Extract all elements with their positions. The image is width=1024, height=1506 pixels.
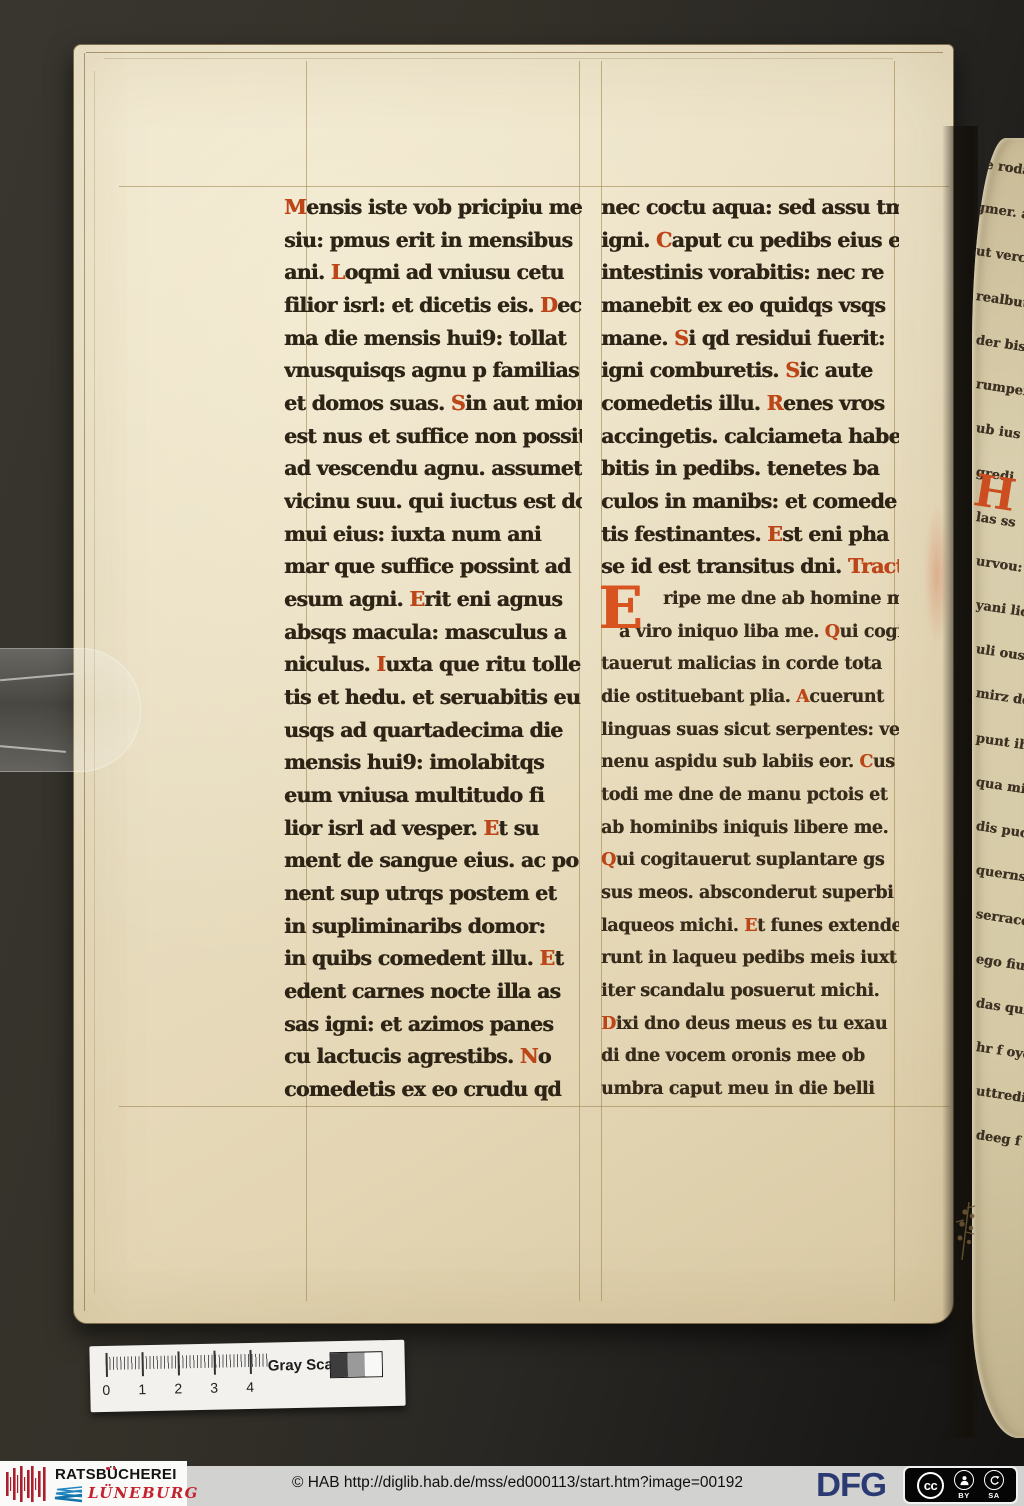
ruler-number: 0	[99, 1382, 113, 1398]
facing-text-fragment: der bisuas	[975, 333, 1024, 364]
sprig-doodle	[948, 1198, 988, 1268]
manuscript-line: runt in laqueu pedibs meis iuxt	[601, 942, 899, 975]
manuscript-line: comedetis ex eo crudu qd	[284, 1073, 582, 1106]
manuscript-line: in supliminaribs domor:	[284, 910, 582, 943]
facing-text-fragment: rumpeinas	[975, 377, 1024, 408]
umlaut-dot	[113, 1467, 117, 1471]
by-person-icon	[954, 1470, 974, 1490]
text-column-left: Mensis iste vob pricipiu mesiu: pmus eri…	[284, 191, 582, 1106]
page-edge-line	[104, 58, 893, 59]
sa-arrow-icon	[984, 1470, 1004, 1490]
library-city: LÜNEBURG	[88, 1484, 199, 1502]
manuscript-line: nec coctu aqua: sed assu tm	[601, 191, 899, 224]
facing-text-fragment: das qui t	[975, 996, 1024, 1027]
facing-text-fragment: urvou: ult	[975, 554, 1024, 585]
manuscript-line: se id est transitus dni. Tract'	[601, 550, 899, 583]
manuscript-line: nent sup utrqs postem et	[284, 877, 582, 910]
ruling-line-top	[119, 186, 949, 187]
ruler-number: 3	[207, 1380, 221, 1396]
facing-text-fragment: yani licons	[975, 598, 1024, 629]
facing-text-fragment: ub ius i spi	[975, 421, 1024, 452]
manuscript-line: filior isrl: et dicetis eis. Deci	[284, 289, 582, 322]
manuscript-line: est nus et suffice non possit	[284, 420, 582, 453]
dfg-logo: DFG	[816, 1467, 886, 1503]
manuscript-line: tis et hedu. et seruabitis eu	[284, 681, 582, 714]
ruler-number: 1	[135, 1381, 149, 1397]
facing-text-fragment: ego fiuns.	[975, 952, 1024, 983]
manuscript-line: vnusquisqs agnu p familias	[284, 354, 582, 387]
gray-scale-swatches	[330, 1351, 384, 1378]
ruler-minor-ticks	[106, 1354, 268, 1370]
manuscript-line: todi me dne de manu pctois et	[601, 779, 899, 812]
barcode-logo-icon	[5, 1465, 49, 1503]
facing-text-fragment: serracerult	[975, 907, 1024, 938]
manuscript-line: ani. Loqmi ad vniusu cetu	[284, 256, 582, 289]
gray-scale-card: 01234 Gray Scale	[89, 1340, 405, 1413]
facing-text-fragment: deeg f ca	[975, 1128, 1024, 1159]
manuscript-line: iter scandalu posuerut michi.	[601, 975, 899, 1008]
library-logo: RATSBÜCHEREI LÜNEBURG	[0, 1461, 187, 1506]
manuscript-line: culos in manibs: et comede	[601, 485, 899, 518]
manuscript-line: di dne vocem oronis mee ob	[601, 1040, 899, 1073]
manuscript-line: Mensis iste vob pricipiu me	[284, 191, 582, 224]
footer-bar: RATSBÜCHEREI LÜNEBURG © HAB http://digli…	[0, 1466, 1024, 1506]
manuscript-line: mui eius: iuxta num ani	[284, 518, 582, 551]
swatch-white	[365, 1352, 382, 1376]
facing-text-fragment: mirz deb	[975, 686, 1024, 717]
manuscript-line: tauerut malicias in corde tota	[601, 648, 899, 681]
manuscript-line: mensis hui9: imolabitqs	[284, 746, 582, 779]
page-holder-strip	[0, 648, 141, 772]
copyright-url: © HAB http://diglib.hab.de/mss/ed000113/…	[292, 1474, 743, 1493]
manuscript-line: lior isrl ad vesper. Et su	[284, 812, 582, 845]
book-fan-icon	[53, 1486, 83, 1503]
manuscript-line: ma die mensis hui9: tollat	[284, 322, 582, 355]
page-edge-line	[86, 52, 943, 53]
manuscript-line: accingetis. calciameta habe	[601, 420, 899, 453]
swatch-mid	[348, 1353, 365, 1377]
manuscript-line: Dixi dno deus meus es tu exau	[601, 1008, 899, 1041]
manuscript-line: eum vniusa multitudo fi	[284, 779, 582, 812]
manuscript-line: sas igni: et azimos panes	[284, 1008, 582, 1041]
facing-text-fragment: querns.	[975, 863, 1024, 894]
facing-text-fragment: hr f oyen	[975, 1040, 1024, 1071]
manuscript-line: edent carnes nocte illa as	[284, 975, 582, 1008]
manuscript-line: manebit ex eo quidqs vsqs	[601, 289, 899, 322]
manuscript-line: usqs ad quartadecima die	[284, 714, 582, 747]
manuscript-line: siu: pmus erit in mensibus	[284, 224, 582, 257]
swatch-dark	[331, 1353, 348, 1377]
manuscript-line: tis festinantes. Est eni pha	[601, 518, 899, 551]
facing-text-fragment: qua miod	[975, 775, 1024, 806]
manuscript-line: igni. Caput cu pedibs eius et	[601, 224, 899, 257]
manuscript-line: igni comburetis. Sic aute	[601, 354, 899, 387]
manuscript-line: mar que suffice possint ad	[284, 550, 582, 583]
manuscript-line: linguas suas sicut serpentes: ve	[601, 714, 899, 747]
manuscript-line: in quibs comedent illu. Et	[284, 942, 582, 975]
manuscript-line: bitis in pedibs. tenetes ba	[601, 452, 899, 485]
manuscript-line: umbra caput meu in die belli	[601, 1073, 899, 1106]
facing-text-fragment: punt ihc	[975, 731, 1024, 762]
facing-text-fragment: fie rodas	[975, 156, 1024, 187]
facing-text-fragment: dis puolit	[975, 819, 1024, 850]
manuscript-line: sus meos. absconderut superbi	[601, 877, 899, 910]
manuscript-page: Mensis iste vob pricipiu mesiu: pmus eri…	[73, 44, 954, 1324]
umlaut-dot	[106, 1467, 110, 1471]
sa-label: SA	[988, 1491, 999, 1500]
manuscript-line: ab hominibs iniquis libere me.	[601, 812, 899, 845]
cc-license-badge: cc BY SA	[903, 1466, 1018, 1504]
manuscript-line: ad vescendu agnu. assumet	[284, 452, 582, 485]
manuscript-line: esum agni. Erit eni agnus	[284, 583, 582, 616]
manuscript-line: a viro iniquo liba me. Qui cogi	[601, 616, 899, 649]
manuscript-line: ment de sangue eius. ac po	[284, 844, 582, 877]
manuscript-line: et domos suas. Sin aut mior	[284, 387, 582, 420]
by-label: BY	[958, 1491, 969, 1500]
manuscript-line: nenu aspidu sub labiis eor. Cus	[601, 746, 899, 779]
facing-text-fragment: ut verclung	[975, 244, 1024, 275]
manuscript-line: ripe me dne ab homine malo	[601, 583, 899, 616]
facing-text-fragment: uttredimi	[975, 1084, 1024, 1115]
manuscript-line: vicinu suu. qui iuctus est do	[284, 485, 582, 518]
ruler-number: 4	[243, 1379, 257, 1395]
manuscript-line: die ostituebant plia. Acuerunt	[601, 681, 899, 714]
text-column-right: E nec coctu aqua: sed assu tmigni. Caput…	[601, 191, 899, 1106]
ruling-line-bottom	[119, 1106, 949, 1107]
rubric-initial-letter: E	[601, 578, 642, 638]
ruler-number: 2	[171, 1380, 185, 1396]
manuscript-line: intestinis vorabitis: nec re	[601, 256, 899, 289]
manuscript-line: cu lactucis agrestibs. No	[284, 1040, 582, 1073]
manuscript-line: mane. Si qd residui fuerit:	[601, 322, 899, 355]
facing-text-fragment: realbut C	[975, 289, 1024, 320]
ruler-major-ticks: 01234	[89, 1340, 404, 1347]
manuscript-line: laqueos michi. Et funes extende	[601, 910, 899, 943]
manuscript-line: Qui cogitauerut suplantare gs	[601, 844, 899, 877]
manuscript-line: comedetis illu. Renes vros	[601, 387, 899, 420]
facing-text-fragment: uli ous. s	[975, 642, 1024, 673]
facing-rubric-initial-letter: H	[970, 465, 1019, 522]
cc-icon: cc	[917, 1472, 944, 1499]
digitized-manuscript-photo: Mensis iste vob pricipiu mesiu: pmus eri…	[0, 0, 1024, 1506]
facing-text-fragment: gmer. ag	[975, 200, 1024, 231]
manuscript-line: absqs macula: masculus a	[284, 616, 582, 649]
manuscript-line: niculus. Iuxta que ritu tolle	[284, 648, 582, 681]
